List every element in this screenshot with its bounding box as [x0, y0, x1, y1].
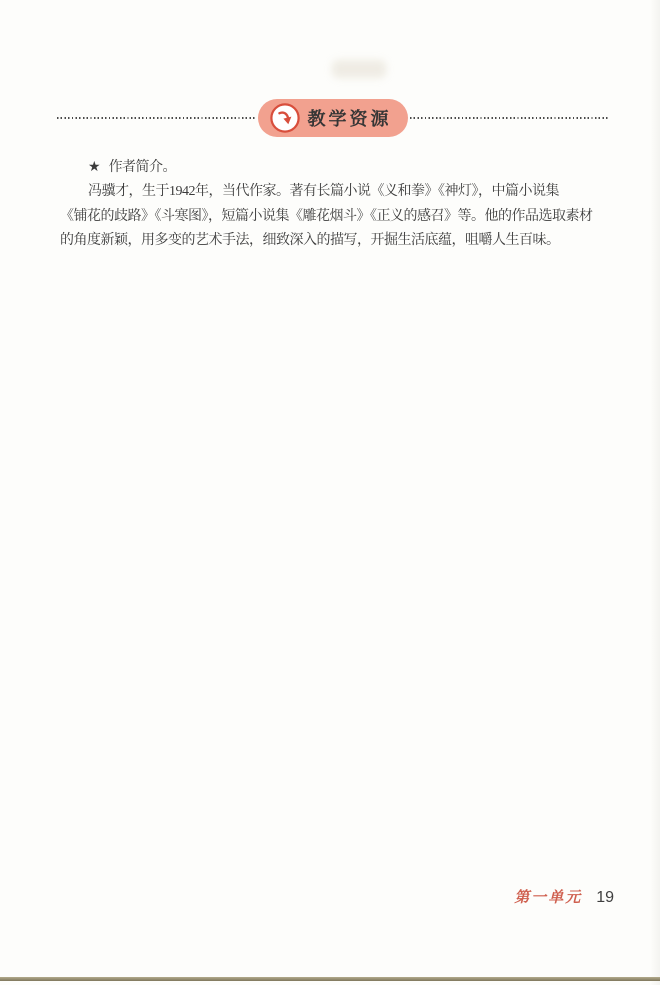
page-number: 19: [596, 889, 614, 907]
page-edge-shade: [650, 0, 660, 985]
dotted-rule-right: [410, 117, 609, 119]
badge-label: 教学资源: [308, 105, 392, 131]
section-header: 教学资源: [0, 99, 660, 137]
paragraph-line: 《铺花的歧路》《斗寒图》，短篇小说集《雕花烟斗》《正义的感召》等。他的作品选取素…: [60, 205, 608, 229]
paragraph-line: 的角度新颖，用多变的艺术手法，细致深入的描写，开掘生活底蕴，咀嚼人生百味。: [60, 229, 608, 253]
star-bullet: ★: [88, 160, 101, 175]
content-block: ★作者简介。 冯骥才，生于1942年，当代作家。著有长篇小说《义和拳》《神灯》，…: [60, 156, 608, 253]
paragraph-line: 冯骥才，生于1942年，当代作家。著有长篇小说《义和拳》《神灯》，中篇小说集: [60, 180, 608, 204]
scanned-page: 教学资源 ★作者简介。 冯骥才，生于1942年，当代作家。著有长篇小说《义和拳》…: [0, 0, 660, 985]
book-edge-line: [0, 977, 660, 981]
teaching-resources-badge: 教学资源: [258, 99, 408, 137]
section-title-line: ★作者简介。: [60, 156, 608, 180]
down-arrow-circle-icon: [270, 103, 300, 133]
unit-label: 第一单元: [514, 886, 582, 907]
dotted-rule-left: [57, 117, 256, 119]
scan-bleed-artifact: [332, 60, 386, 78]
page-footer: 第一单元 19: [514, 886, 614, 907]
section-title: 作者简介。: [109, 160, 177, 175]
